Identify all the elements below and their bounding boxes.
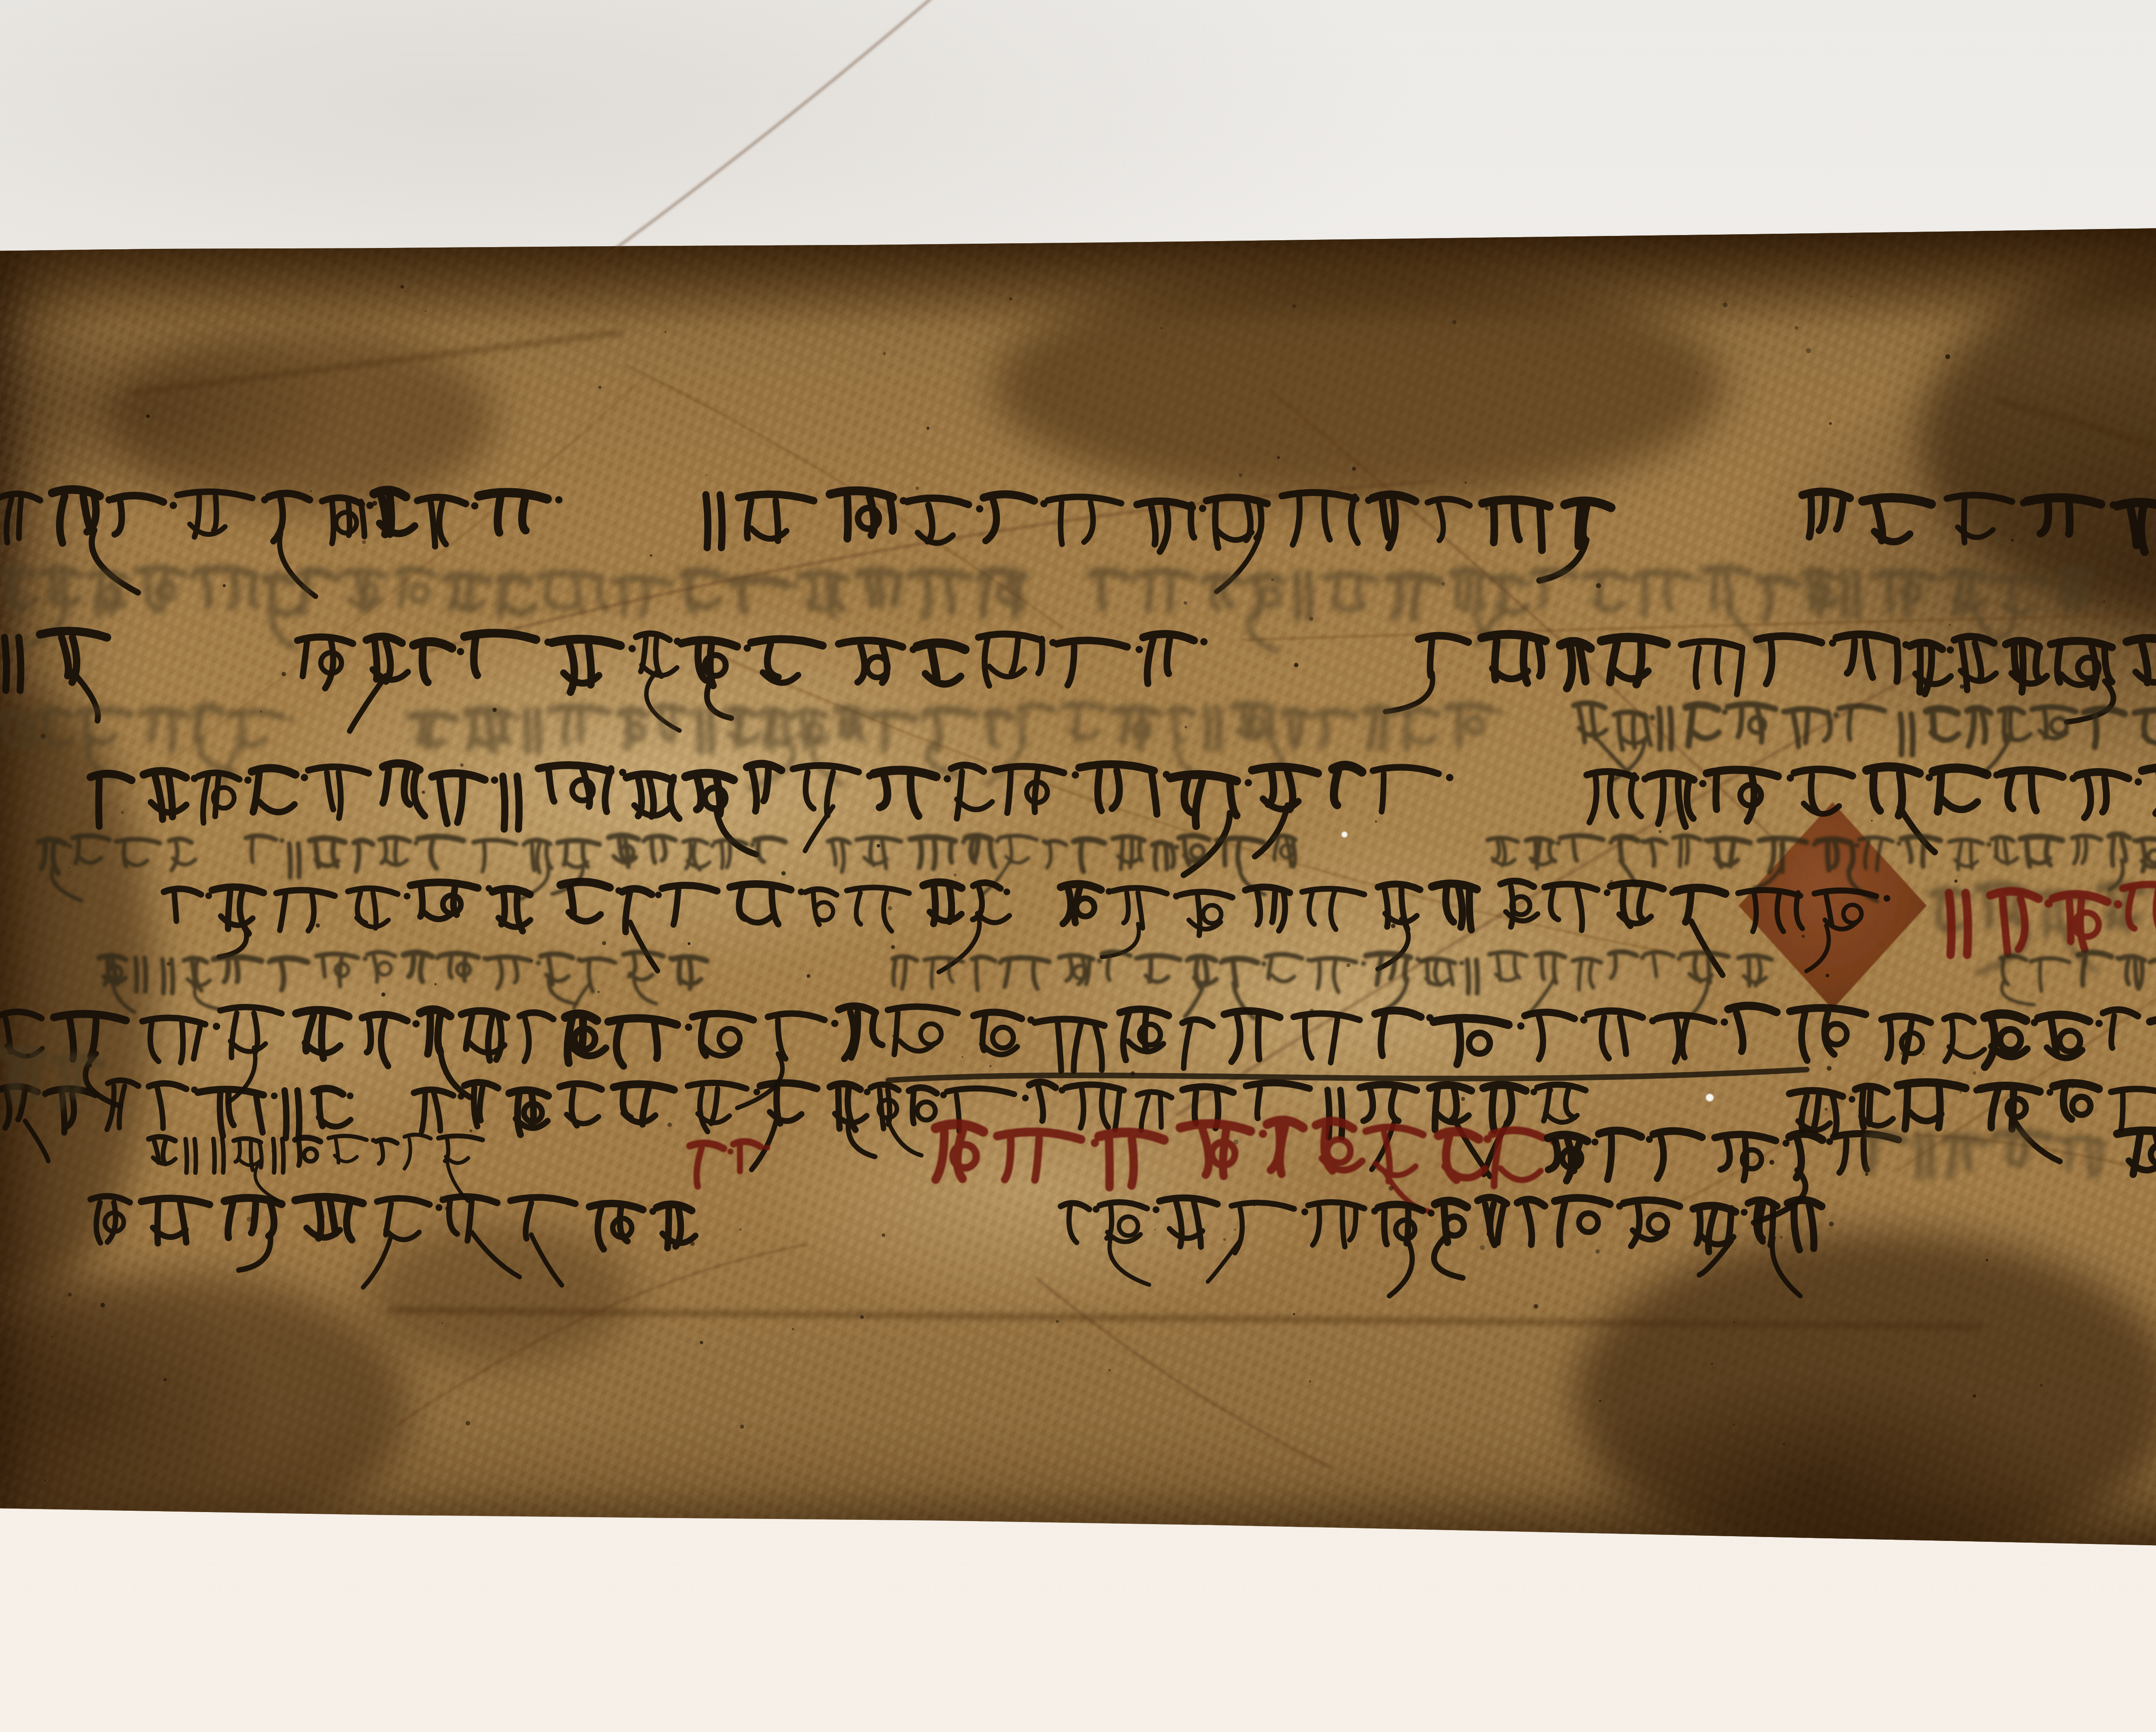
text-line-main-7 xyxy=(91,1195,2156,1296)
text-line-ghost-4 xyxy=(1869,1133,2103,1177)
text-line-main-6 xyxy=(0,1080,2156,1177)
underline-stroke xyxy=(888,1070,1807,1080)
lightbox-background xyxy=(0,0,2156,1732)
paper-glint xyxy=(1341,831,1347,838)
ink-layer xyxy=(0,0,2156,1732)
paper-glint xyxy=(1706,1094,1714,1101)
text-line-red-2 xyxy=(936,1120,1558,1211)
text-line-small-1 xyxy=(149,1135,483,1201)
